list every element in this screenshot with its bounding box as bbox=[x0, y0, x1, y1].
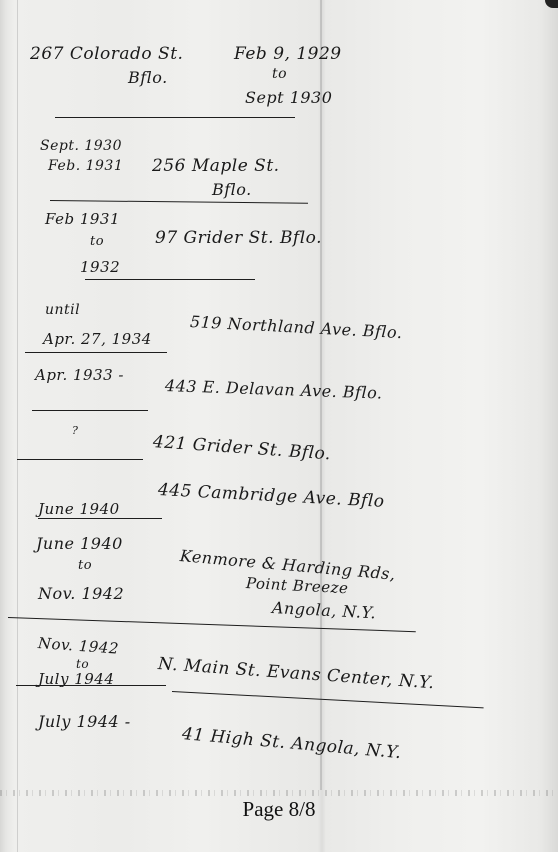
entry-2-address: 256 Maple St. bbox=[152, 156, 280, 176]
entry-6-address: 421 Grider St. Bflo. bbox=[152, 432, 331, 464]
entry-1-date-to: Sept 1930 bbox=[245, 88, 332, 107]
entry-1-city: Bflo. bbox=[128, 68, 168, 87]
entry-3-date-to-word: to bbox=[90, 234, 104, 249]
divider bbox=[50, 200, 308, 204]
entry-7-address: 445 Cambridge Ave. Bflo bbox=[157, 480, 385, 512]
margin-line bbox=[17, 0, 18, 852]
entry-2-date-to: Feb. 1931 bbox=[48, 158, 123, 174]
entry-8-address-line-3: Angola, N.Y. bbox=[272, 598, 377, 622]
entry-8-date-to-word: to bbox=[78, 558, 92, 573]
divider bbox=[17, 459, 143, 460]
entry-9-date-to-word: to bbox=[76, 657, 89, 671]
scan-artifact bbox=[545, 0, 558, 8]
divider bbox=[172, 691, 484, 708]
entry-4-date: Apr. 27, 1934 bbox=[43, 330, 152, 348]
entry-9-address: N. Main St. Evans Center, N.Y. bbox=[157, 654, 435, 693]
entry-2-date-from: Sept. 1930 bbox=[40, 138, 122, 154]
divider bbox=[85, 279, 255, 280]
entry-7-date: June 1940 bbox=[38, 500, 120, 518]
divider bbox=[32, 410, 148, 411]
entry-10-address: 41 High St. Angola, N.Y. bbox=[181, 724, 402, 763]
entry-3-date-from: Feb 1931 bbox=[45, 210, 120, 228]
entry-1-date-to-word: to bbox=[272, 66, 287, 82]
scan-noise bbox=[0, 790, 558, 796]
divider bbox=[25, 352, 167, 353]
entry-4-address: 519 Northland Ave. Bflo. bbox=[190, 312, 403, 342]
entry-10-date: July 1944 - bbox=[38, 712, 131, 731]
page-number: Page 8/8 bbox=[0, 797, 558, 822]
divider-strike bbox=[16, 685, 166, 686]
entry-8-date-to: Nov. 1942 bbox=[38, 584, 124, 603]
entry-5-address: 443 E. Delavan Ave. Bflo. bbox=[165, 376, 383, 403]
entry-6-date: ? bbox=[72, 424, 78, 437]
entry-3-address: 97 Grider St. Bflo. bbox=[155, 228, 322, 248]
entry-5-date: Apr. 1933 - bbox=[35, 366, 124, 384]
scanned-page: 267 Colorado St. Bflo. Feb 9, 1929 to Se… bbox=[0, 0, 558, 852]
divider bbox=[55, 117, 295, 118]
entry-9-date-from: Nov. 1942 bbox=[37, 634, 119, 658]
entry-1-date-from: Feb 9, 1929 bbox=[234, 44, 342, 64]
entry-8-date-from: June 1940 bbox=[36, 534, 123, 553]
entry-1-address: 267 Colorado St. bbox=[30, 44, 183, 64]
entry-3-date-to: 1932 bbox=[80, 258, 120, 276]
divider bbox=[38, 518, 162, 519]
entry-4-date-label: until bbox=[45, 302, 80, 318]
entry-2-city: Bflo. bbox=[212, 180, 252, 199]
